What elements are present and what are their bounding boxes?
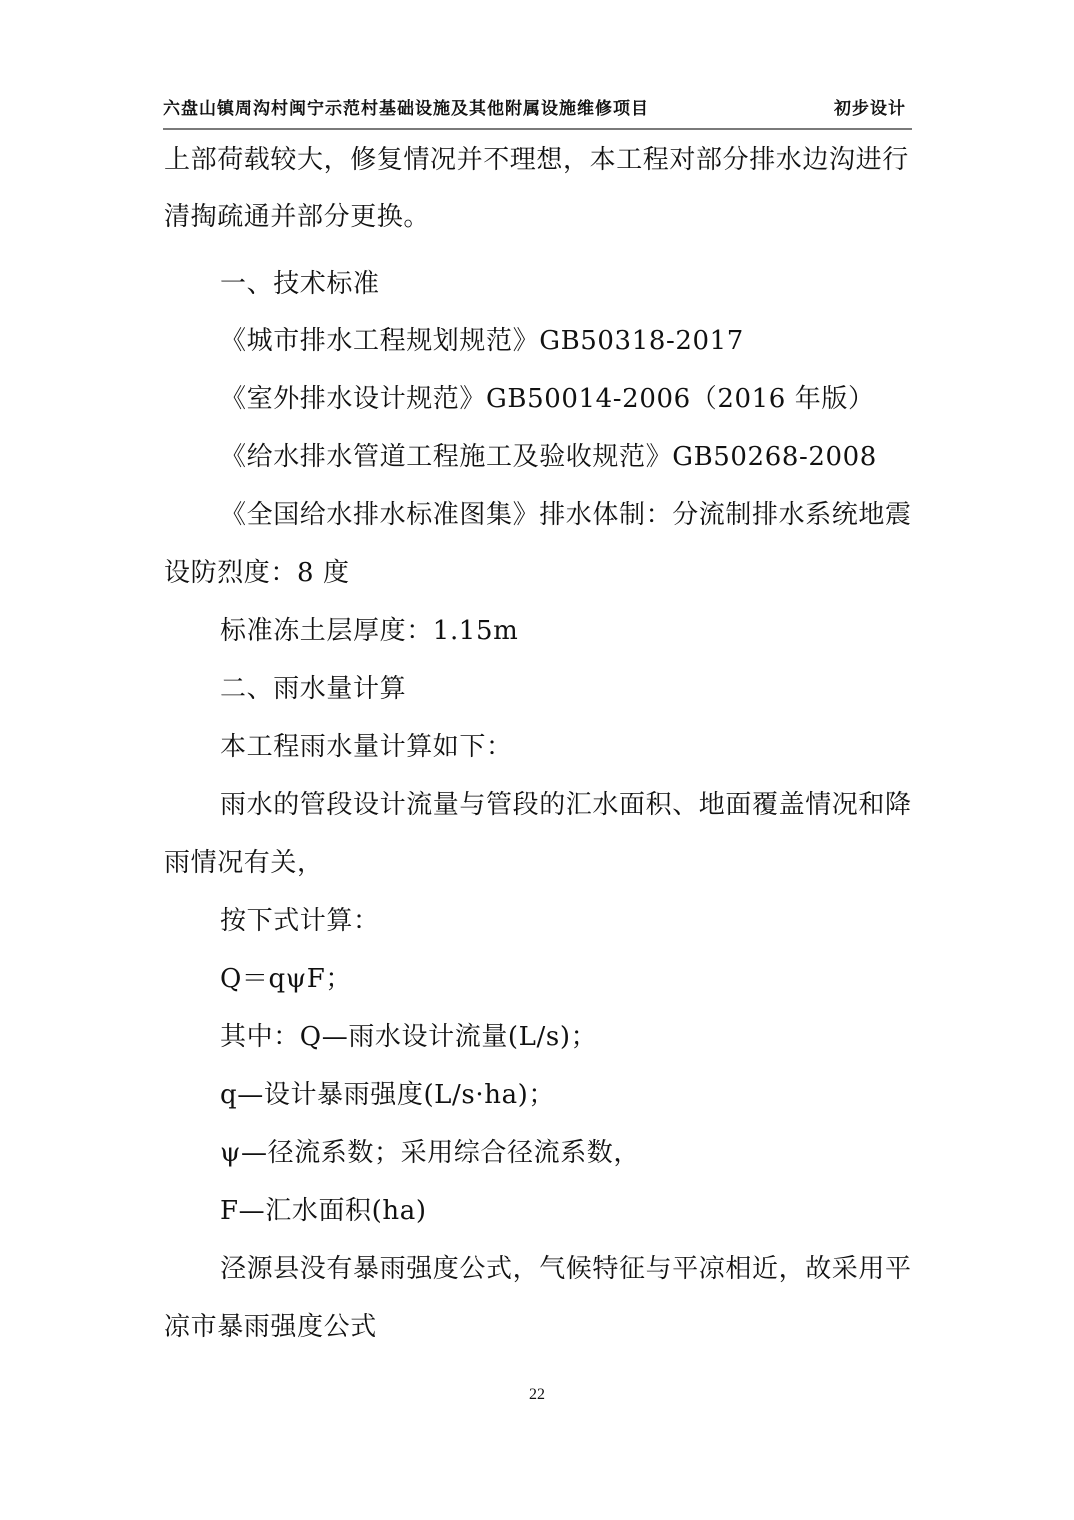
paragraph-line: 《全国给水排水标准图集》排水体制：分流制排水系统地震 [220, 495, 912, 535]
paragraph-line: 设防烈度：8 度 [164, 553, 350, 593]
paragraph-line: 按下式计算： [220, 901, 380, 941]
formula-definition: 其中：Q—雨水设计流量(L/s)； [220, 1017, 597, 1057]
section-heading: 二、雨水量计算 [220, 669, 406, 709]
page-number: 22 [0, 1386, 1074, 1404]
standard-reference: 《室外排水设计规范》GB50014-2006（2016 年版） [220, 379, 875, 419]
standard-reference: 《城市排水工程规划规范》GB50318-2017 [220, 321, 744, 361]
paragraph-line: 清掏疏通并部分更换。 [164, 197, 430, 237]
standard-reference: 《给水排水管道工程施工及验收规范》GB50268-2008 [220, 437, 877, 477]
paragraph-line: 本工程雨水量计算如下： [220, 727, 513, 767]
paragraph-line: 雨情况有关， [164, 843, 324, 883]
paragraph-line: 雨水的管段设计流量与管段的汇水面积、地面覆盖情况和降 [220, 785, 912, 825]
paragraph-line: 泾源县没有暴雨强度公式，气候特征与平凉相近，故采用平 [220, 1249, 912, 1289]
paragraph-line: 凉市暴雨强度公式 [164, 1307, 377, 1347]
header-divider [163, 128, 912, 130]
running-header: 六盘山镇周沟村闽宁示范村基础设施及其他附属设施维修项目 初步设计 [163, 92, 912, 122]
header-project-title: 六盘山镇周沟村闽宁示范村基础设施及其他附属设施维修项目 [163, 94, 649, 119]
formula: Q＝qψF； [220, 959, 352, 999]
paragraph-line: 标准冻土层厚度：1.15m [220, 611, 518, 651]
section-heading: 一、技术标准 [220, 264, 380, 304]
formula-definition: F—汇水面积(ha) [220, 1191, 427, 1231]
paragraph-line: 上部荷载较大，修复情况并不理想，本工程对部分排水边沟进行 [164, 140, 909, 180]
document-page: 六盘山镇周沟村闽宁示范村基础设施及其他附属设施维修项目 初步设计 上部荷载较大，… [0, 0, 1074, 1520]
formula-definition: ψ—径流系数；采用综合径流系数， [220, 1133, 640, 1173]
header-design-stage: 初步设计 [834, 94, 906, 119]
formula-definition: q—设计暴雨强度(L/s·ha)； [220, 1075, 555, 1115]
